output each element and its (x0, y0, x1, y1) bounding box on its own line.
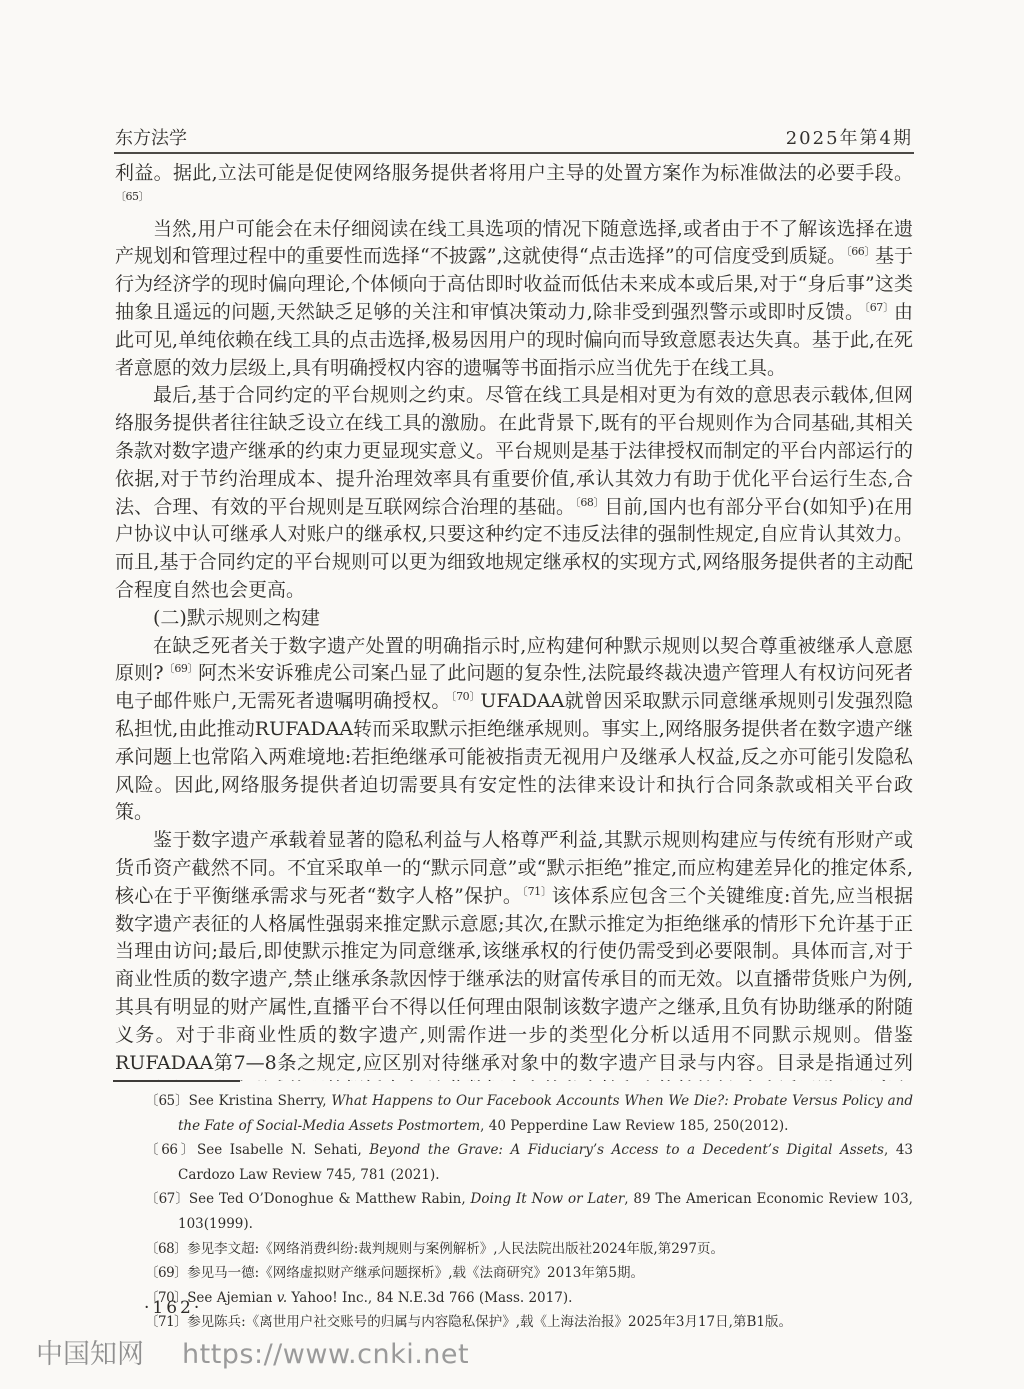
cnki-logo-text: 中国知网 (36, 1332, 144, 1371)
footnote-ref: 〔65〕 (115, 190, 149, 203)
footnote-number: 〔67〕 (145, 1191, 189, 1207)
footnote-separator (113, 1080, 240, 1082)
section-heading: (二)默示规则之构建 (115, 605, 913, 633)
footnote-item: 〔67〕See Ted O’Donoghue & Matthew Rabin, … (145, 1187, 913, 1236)
footnote-ref: 〔70〕 (451, 690, 481, 703)
footnote-ref: 〔69〕 (164, 662, 199, 675)
footnote-number: 〔69〕 (145, 1265, 187, 1281)
footnote-ref: 〔67〕 (864, 301, 894, 314)
body-paragraph: 最后,基于合同约定的平台规则之约束。尽管在线工具是相对更为有效的意思表示载体,但… (115, 382, 913, 604)
cnki-watermark: 中国知网 https://www.cnki.net (36, 1332, 469, 1371)
footnote-item: 〔66〕See Isabelle N. Sehati, Beyond the G… (145, 1138, 913, 1187)
footnotes-block: 〔65〕See Kristina Sherry, What Happens to… (145, 1089, 913, 1335)
journal-title: 东方法学 (115, 124, 187, 150)
footnote-item: 〔70〕See Ajemian v. Yahoo! Inc., 84 N.E.3… (145, 1286, 913, 1311)
footnote-ref: 〔68〕 (575, 496, 604, 509)
body-paragraph: 鉴于数字遗产承载着显著的隐私利益与人格尊严利益,其默示规则构建应与传统有形财产或… (115, 827, 913, 1081)
footnote-number: 〔65〕 (145, 1093, 189, 1109)
footnote-ref: 〔66〕 (846, 245, 875, 258)
page-number: ·162· (144, 1298, 202, 1318)
cnki-url-link[interactable]: https://www.cnki.net (182, 1339, 469, 1370)
footnote-number: 〔68〕 (145, 1241, 187, 1257)
footnote-number: 〔66〕 (145, 1142, 197, 1158)
issue-label: 2025年第4期 (786, 124, 913, 150)
article-body: 利益。据此,立法可能是促使网络服务提供者将用户主导的处置方案作为标准做法的必要手… (115, 160, 913, 1081)
page-header: 东方法学 2025年第4期 (115, 124, 913, 150)
body-paragraph: 利益。据此,立法可能是促使网络服务提供者将用户主导的处置方案作为标准做法的必要手… (115, 160, 913, 216)
footnote-item: 〔65〕See Kristina Sherry, What Happens to… (145, 1089, 913, 1138)
footnote-item: 〔68〕参见李文超:《网络消费纠纷:裁判规则与案例解析》,人民法院出版社2024… (145, 1237, 913, 1262)
footnote-item: 〔69〕参见马一德:《网络虚拟财产继承问题探析》,载《法商研究》2013年第5期… (145, 1261, 913, 1286)
body-paragraph: 当然,用户可能会在未仔细阅读在线工具选项的情况下随意选择,或者由于不了解该选择在… (115, 216, 913, 383)
journal-page: 东方法学 2025年第4期 利益。据此,立法可能是促使网络服务提供者将用户主导的… (0, 0, 1024, 1389)
header-rule (114, 152, 914, 154)
body-paragraph: 在缺乏死者关于数字遗产处置的明确指示时,应构建何种默示规则以契合尊重被继承人意愿… (115, 633, 913, 828)
footnote-ref: 〔71〕 (522, 885, 552, 898)
